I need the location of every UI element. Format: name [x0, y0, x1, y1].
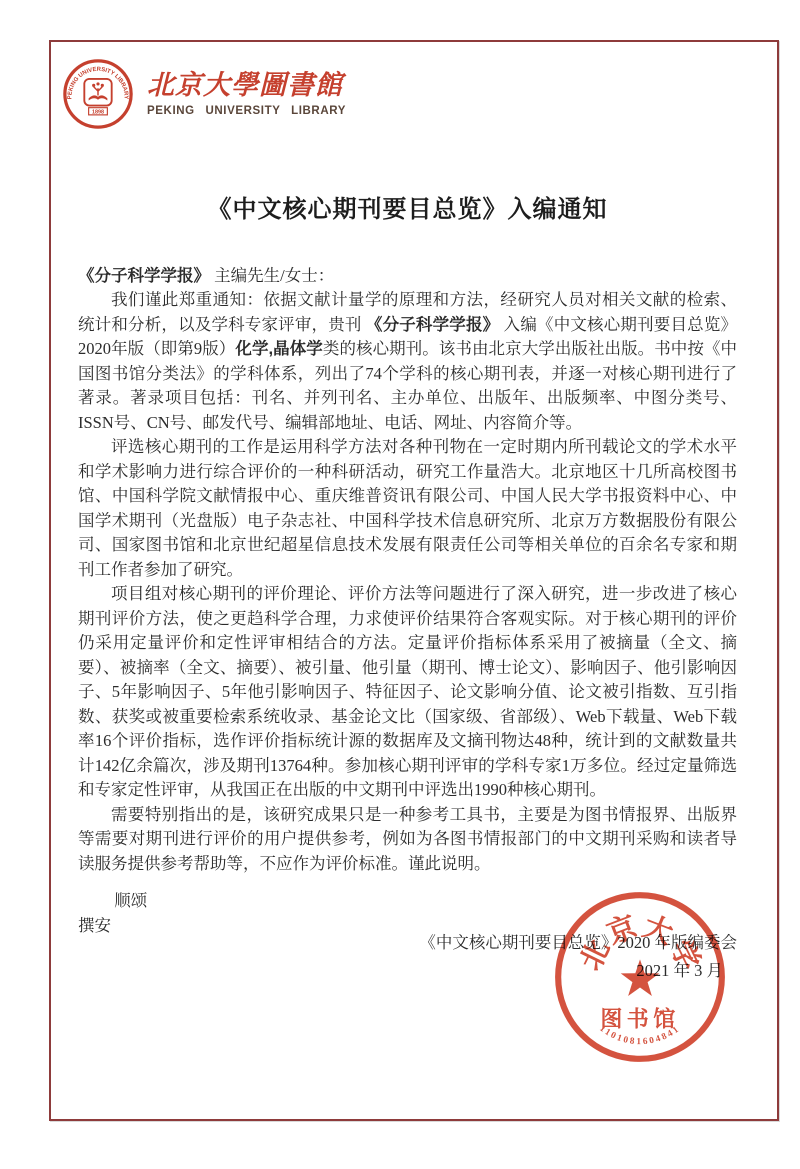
pku-library-seal-icon: PEKING UNIVERSITY LIBRARY 1898: [62, 58, 134, 130]
letter-title: 《中文核心期刊要目总览》入编通知: [78, 198, 737, 223]
p1-journal-name: 《分子科学学报》: [366, 316, 499, 334]
paragraph-2: 评选核心期刊的工作是运用科学方法对各种刊物在一定时期内所刊载论文的学术水平和学术…: [78, 435, 737, 582]
logo-calligraphy: 北京大學圖書館: [147, 71, 346, 101]
tree-branch-icon: [94, 87, 103, 96]
paragraph-3: 项目组对核心期刊的评价理论、评价方法等问题进行了深入研究，进一步改进了核心期刊评…: [78, 582, 737, 803]
salutation-text: 主编先生/女士：: [210, 266, 334, 285]
seal-year: 1898: [92, 109, 104, 115]
paragraph-4: 需要特别指出的是，该研究成果只是一种参考工具书，主要是为图书情报界、出版界等需要…: [78, 803, 737, 877]
p1-subject-categories: 化学,晶体学: [235, 340, 323, 358]
open-book-icon: [89, 95, 108, 100]
letter-body: 《中文核心期刊要目总览》入编通知 《分子科学学报》 主编先生/女士： 我们谨此郑…: [78, 198, 737, 983]
stamp-char-xue: 学: [664, 935, 706, 976]
stamp-center-label: 图书馆: [600, 1006, 679, 1031]
logo-wordmark: 北京大學圖書館 PEKING UNIVERSITY LIBRARY: [147, 71, 346, 117]
stamp-char-jing: 京: [602, 909, 641, 951]
paragraph-1: 我们谨此郑重通知：依据文献计量学的原理和方法，经研究人员对相关文献的检索、统计和…: [78, 288, 737, 435]
salutation-line: 《分子科学学报》 主编先生/女士：: [78, 264, 737, 289]
stamp-star-icon: [621, 959, 660, 996]
logo-english-text: PEKING UNIVERSITY LIBRARY: [147, 105, 346, 117]
journal-name: 《分子科学学报》: [78, 267, 210, 285]
red-library-stamp: 北 京 大 学 图书馆 1101081604841: [552, 889, 728, 1065]
letter-page: PEKING UNIVERSITY LIBRARY 1898 北京大學圖書館 P…: [0, 0, 800, 1169]
library-logo: PEKING UNIVERSITY LIBRARY 1898 北京大學圖書館 P…: [62, 58, 346, 130]
